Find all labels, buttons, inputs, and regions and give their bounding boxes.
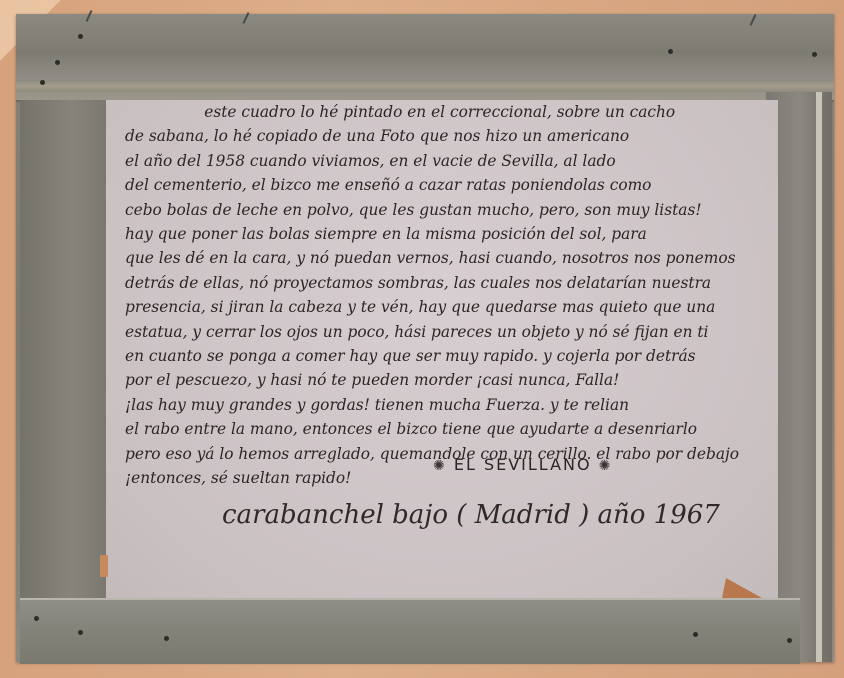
inscription-line: del cementerio, el bizco me enseñó a caz… <box>125 173 760 197</box>
inscription-line: por el pescuezo, y hasi nó te pueden mor… <box>125 368 760 392</box>
handwritten-inscription: este cuadro lo hé pintado en el correcci… <box>125 100 765 491</box>
inscription-line: estatua, y cerrar los ojos un poco, hási… <box>125 320 760 344</box>
inscription-line: cebo bolas de leche en polvo, que les gu… <box>125 198 760 222</box>
nail-icon <box>812 52 817 57</box>
frame-top-fold <box>16 14 834 102</box>
inscription-line: ¡las hay muy grandes y gordas! tienen mu… <box>125 393 760 417</box>
frame-bottom-fold <box>20 598 800 664</box>
nail-icon <box>693 632 698 637</box>
inscription-line: presencia, si jiran la cabeza y te vén, … <box>125 295 760 319</box>
inscription-line: en cuanto se ponga a comer hay que ser m… <box>125 344 760 368</box>
place-and-date: carabanchel bajo ( Madrid ) año 1967 <box>222 500 720 530</box>
inscription-line: detrás de ellas, nó proyectamos sombras,… <box>125 271 760 295</box>
inscription-line: este cuadro lo hé pintado en el correcci… <box>125 100 759 124</box>
nail-icon <box>34 616 39 621</box>
nail-icon <box>40 80 45 85</box>
inscription-line: el rabo entre la mano, entonces el bizco… <box>125 417 760 441</box>
nail-icon <box>668 49 673 54</box>
inscription-line: hay que poner las bolas siempre en la mi… <box>125 222 760 246</box>
nail-icon <box>78 34 83 39</box>
nail-icon <box>55 60 60 65</box>
nail-icon <box>78 630 83 635</box>
nail-icon <box>787 638 792 643</box>
frame-left-fold <box>20 100 106 600</box>
inscription-line: que les dé en la cara, y nó puedan verno… <box>125 246 760 270</box>
sun-ornament-icon: ✺ <box>599 458 613 474</box>
nail-icon <box>164 636 169 641</box>
inscription-line: de sabana, lo hé copiado de una Foto que… <box>125 124 760 148</box>
frame-tape-strip <box>816 92 822 662</box>
signature-text: EL SEVILLANO <box>454 455 592 474</box>
wood-tab-left <box>100 555 108 577</box>
frame-seam <box>16 80 834 92</box>
inscription-line: el año del 1958 cuando viviamos, en el v… <box>125 149 760 173</box>
sun-ornament-icon: ✺ <box>433 458 447 474</box>
signature: ✺ EL SEVILLANO ✺ <box>433 455 612 474</box>
